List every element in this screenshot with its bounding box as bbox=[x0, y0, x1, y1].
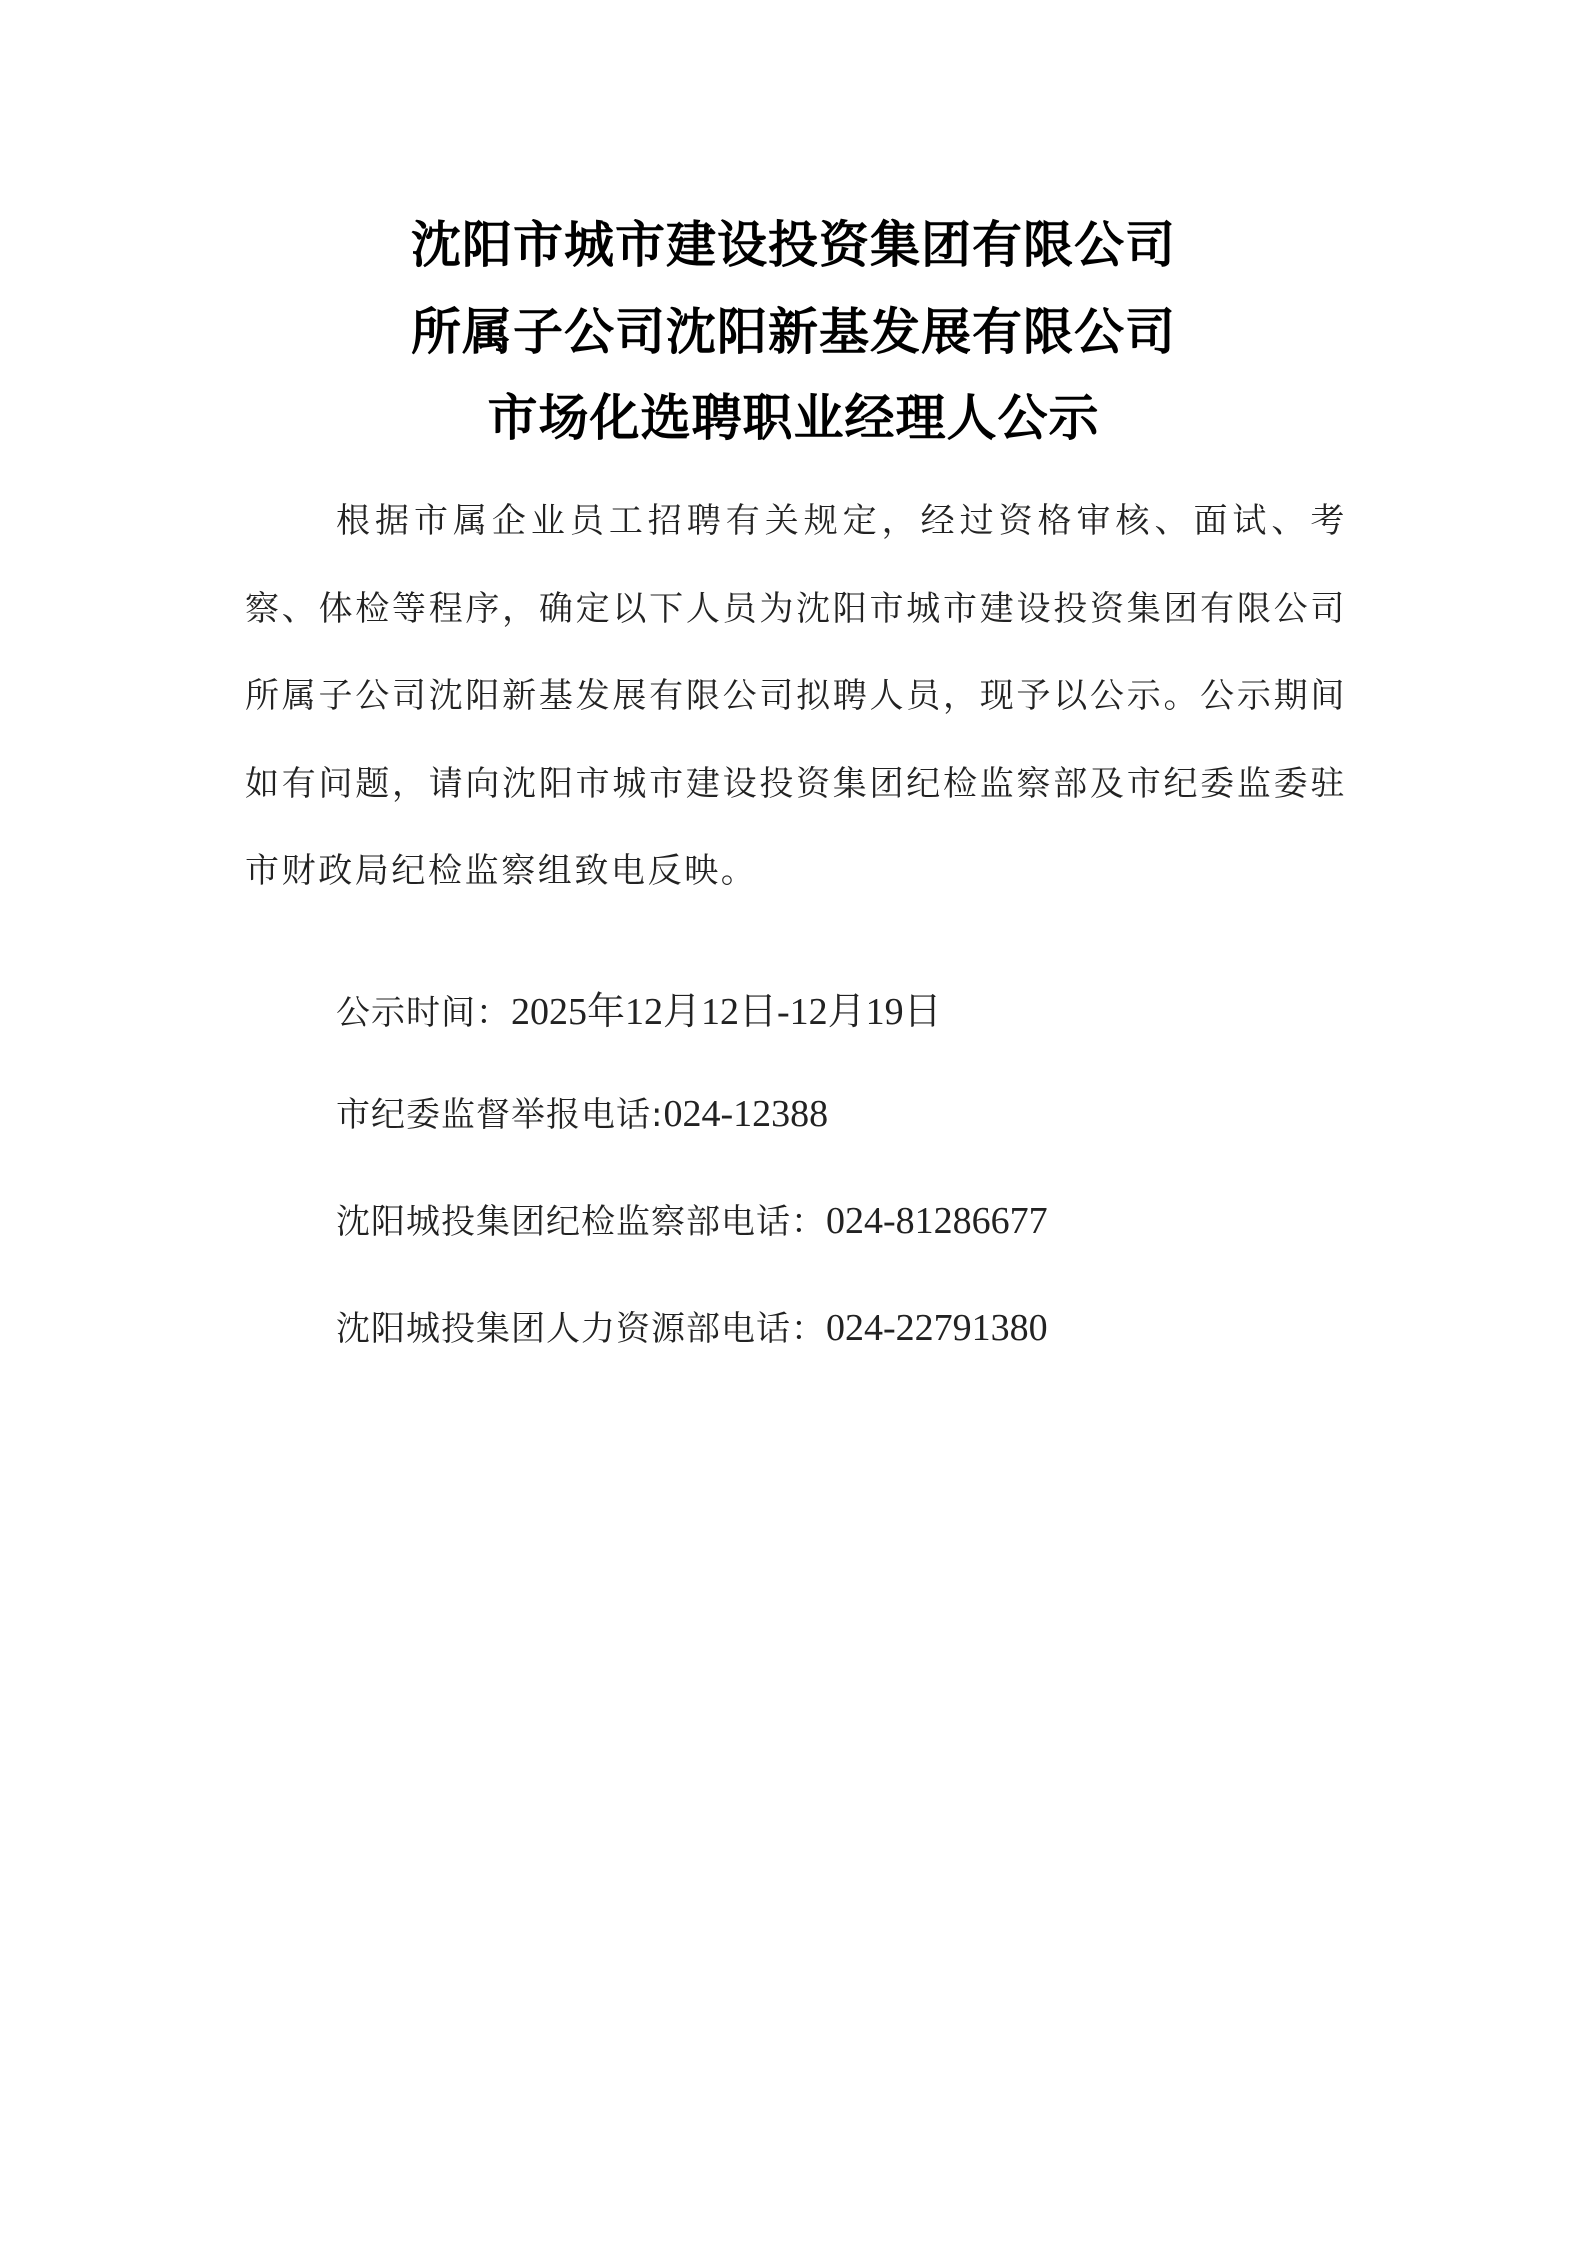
document-page: 沈阳市城市建设投资集团有限公司 所属子公司沈阳新基发展有限公司 市场化选聘职业经… bbox=[0, 0, 1587, 2245]
announcement-paragraph: 根据市属企业员工招聘有关规定，经过资格审核、面试、考察、体检等程序，确定以下人员… bbox=[245, 478, 1347, 916]
supervision-dept-phone: 沈阳城投集团纪检监察部电话：024-81286677 bbox=[336, 1194, 1048, 1243]
hr-dept-phone-label: 沈阳城投集团人力资源部电话： bbox=[336, 1309, 826, 1349]
publicity-period: 公示时间：2025年12月12日-12月19日 bbox=[336, 980, 942, 1035]
discipline-hotline-label: 市纪委监督举报电话: bbox=[336, 1095, 663, 1135]
discipline-hotline-value: 024-12388 bbox=[663, 1093, 828, 1135]
supervision-dept-phone-label: 沈阳城投集团纪检监察部电话： bbox=[336, 1202, 826, 1242]
hr-dept-phone: 沈阳城投集团人力资源部电话：024-22791380 bbox=[336, 1301, 1048, 1350]
title-line-3: 市场化选聘职业经理人公示 bbox=[0, 378, 1587, 450]
title-line-2: 所属子公司沈阳新基发展有限公司 bbox=[0, 292, 1587, 364]
title-line-1: 沈阳市城市建设投资集团有限公司 bbox=[0, 205, 1587, 277]
hr-dept-phone-value: 024-22791380 bbox=[826, 1307, 1048, 1349]
publicity-period-value: 2025年12月12日-12月19日 bbox=[511, 991, 942, 1033]
publicity-period-label: 公示时间： bbox=[336, 993, 511, 1033]
supervision-dept-phone-value: 024-81286677 bbox=[826, 1200, 1048, 1242]
discipline-hotline: 市纪委监督举报电话:024-12388 bbox=[336, 1087, 828, 1136]
